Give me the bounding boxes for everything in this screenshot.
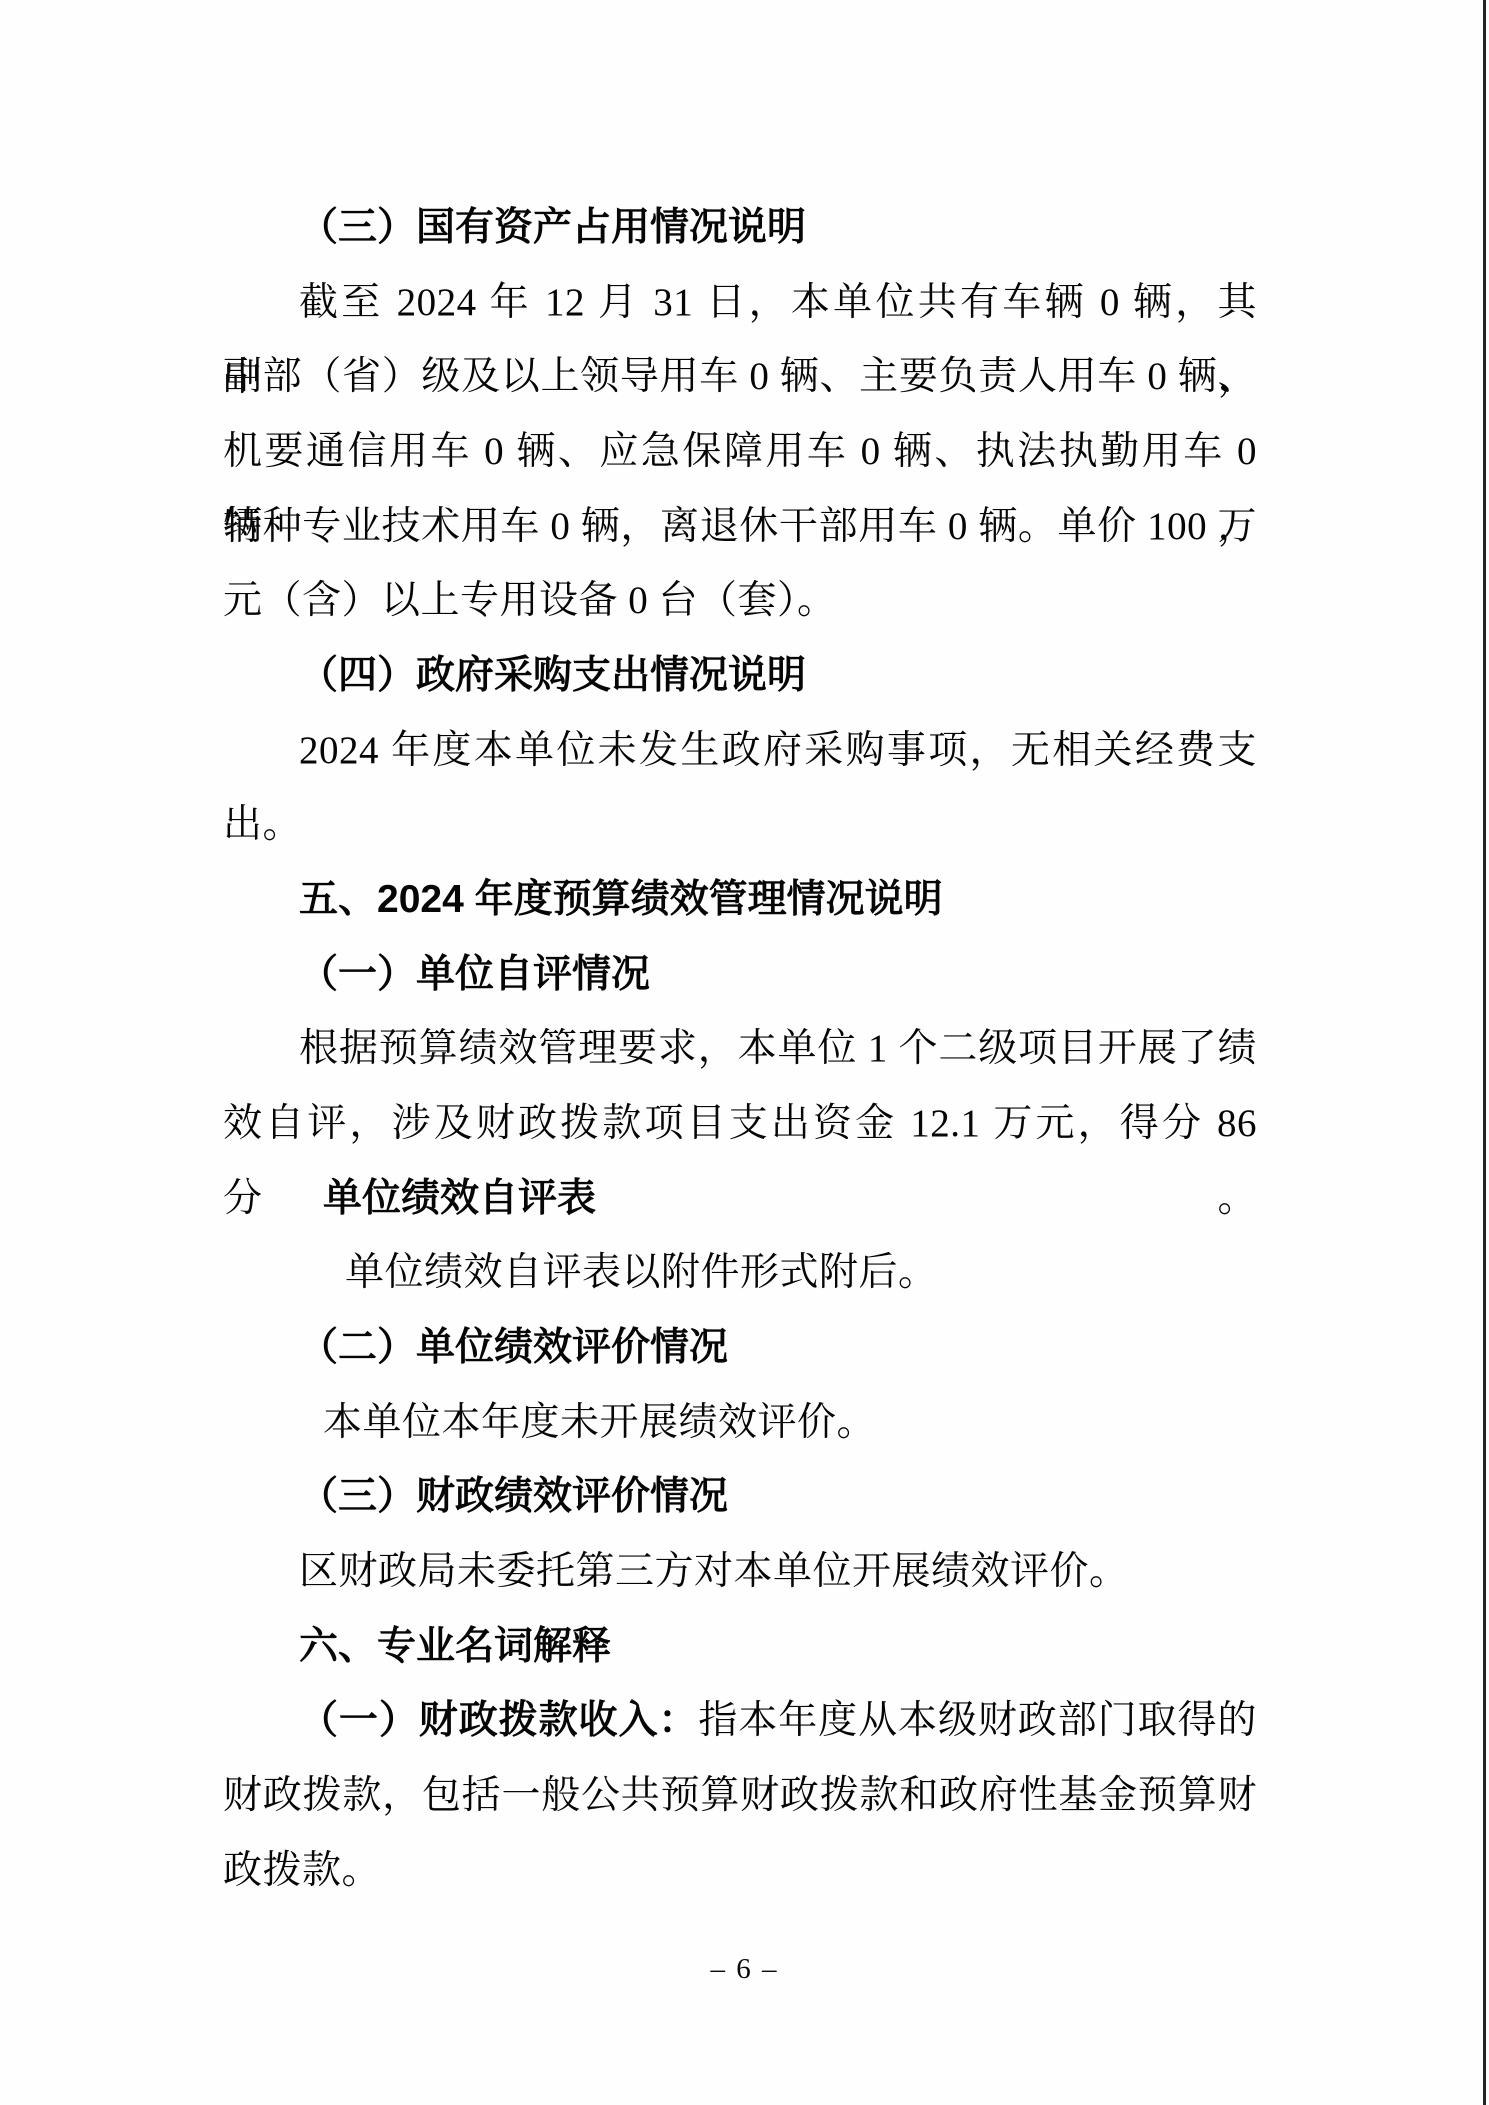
para-line-vehicles-1: 截至 2024 年 12 月 31 日，本单位共有车辆 0 辆，其中，	[223, 265, 1257, 340]
para-line-self-eval-1: 根据预算绩效管理要求，本单位 1 个二级项目开展了绩	[223, 1011, 1257, 1086]
para-line-procurement-1: 2024 年度本单位未发生政府采购事项，无相关经费支	[223, 713, 1257, 788]
para-line-no-evaluation: 本单位本年度未开展绩效评价。	[223, 1385, 1257, 1460]
heading-terminology: 六、专业名词解释	[223, 1609, 1257, 1684]
para-line-fiscal-income-def-1: （一）财政拨款收入：指本年度从本级财政部门取得的	[223, 1683, 1257, 1758]
term-def-text: 指本年度从本级财政部门取得的	[698, 1699, 1257, 1742]
heading-budget-performance-2024: 五、2024 年度预算绩效管理情况说明	[223, 862, 1257, 937]
para-line-self-eval-2: 效自评，涉及财政拨款项目支出资金 12.1 万元，得分 86 分。	[223, 1086, 1257, 1161]
heading-state-assets-usage: （三）国有资产占用情况说明	[223, 190, 1257, 265]
subheading-self-eval-table: 单位绩效自评表	[223, 1161, 1257, 1236]
para-line-procurement-2: 出。	[223, 787, 1257, 862]
para-line-vehicles-4: 特种专业技术用车 0 辆，离退休干部用车 0 辆。单价 100 万	[223, 489, 1257, 564]
heading-unit-performance-evaluation: （二）单位绩效评价情况	[223, 1310, 1257, 1385]
para-line-self-eval-table-note: 单位绩效自评表以附件形式附后。	[223, 1235, 1257, 1310]
heading-fiscal-performance-evaluation: （三）财政绩效评价情况	[223, 1459, 1257, 1534]
para-line-no-third-party: 区财政局未委托第三方对本单位开展绩效评价。	[223, 1534, 1257, 1609]
para-line-vehicles-3: 机要通信用车 0 辆、应急保障用车 0 辆、执法执勤用车 0 辆，	[223, 414, 1257, 489]
heading-self-evaluation: （一）单位自评情况	[223, 937, 1257, 1012]
heading-gov-procurement: （四）政府采购支出情况说明	[223, 638, 1257, 713]
para-line-fiscal-income-def-3: 政拨款。	[223, 1833, 1257, 1908]
page-edge-line	[1483, 0, 1486, 2105]
document-page: （三）国有资产占用情况说明 截至 2024 年 12 月 31 日，本单位共有车…	[0, 0, 1489, 2105]
para-line-vehicles-2: 副部（省）级及以上领导用车 0 辆、主要负责人用车 0 辆、	[223, 339, 1257, 414]
para-line-fiscal-income-def-2: 财政拨款，包括一般公共预算财政拨款和政府性基金预算财	[223, 1758, 1257, 1833]
page-number: – 6 –	[0, 1948, 1489, 1990]
term-name-fiscal-appropriation-income: （一）财政拨款收入：	[299, 1699, 698, 1742]
para-line-vehicles-5: 元（含）以上专用设备 0 台（套）。	[223, 563, 1257, 638]
